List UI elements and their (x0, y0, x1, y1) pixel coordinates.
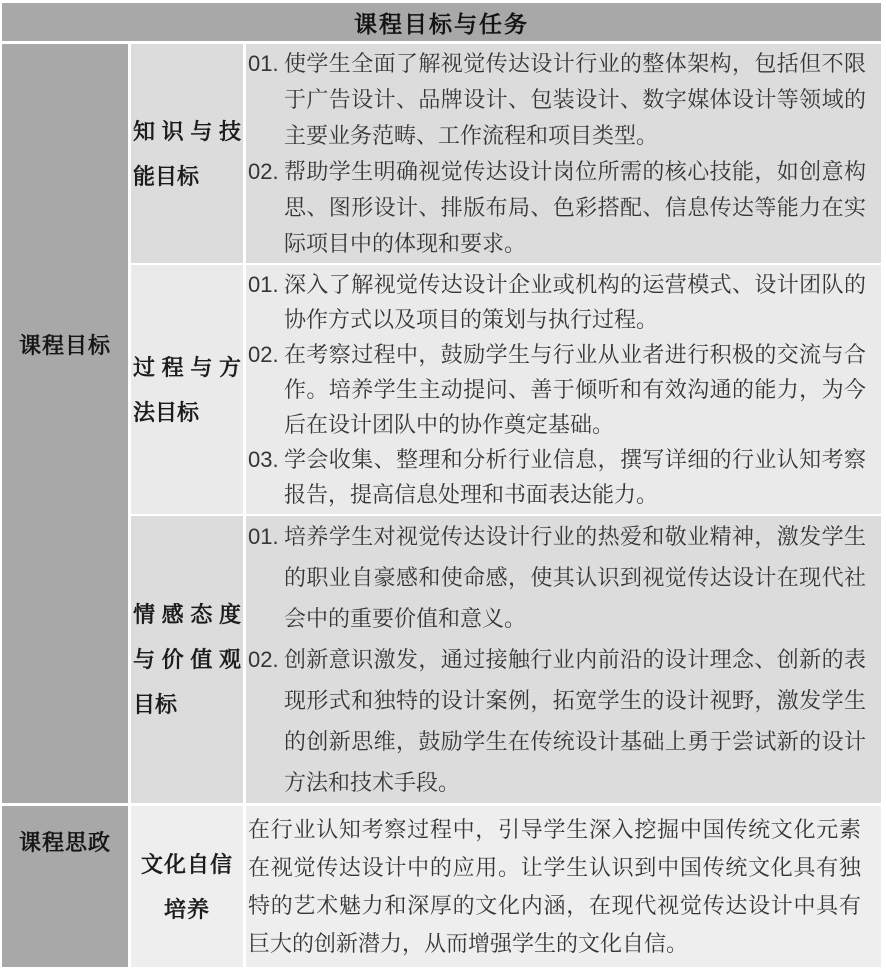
item-text: 学会收集、整理和分析行业信息，撰写详细的行业认知考察报告，提高信息处理和书面表达… (284, 447, 866, 507)
category-char: 感 (162, 592, 184, 637)
category-label-line: 法目标 (133, 390, 241, 435)
table-row: 过程与方法目标01.深入了解视觉传达设计企业或机构的运营模式、设计团队的协作方式… (131, 265, 881, 514)
item-number: 02. (248, 154, 279, 190)
item-text: 在行业认知考察过程中，引导学生深入挖掘中国传统文化元素在视觉传达设计中的应用。让… (248, 817, 861, 956)
item-number: 02. (248, 337, 279, 372)
category-label-line: 情感态度 (133, 592, 241, 637)
category-char: 方 (219, 345, 241, 390)
category-char: 与 (190, 345, 212, 390)
category-label-line: 与价值观 (133, 637, 241, 682)
item-number: 01. (248, 516, 279, 557)
row-content: 在行业认知考察过程中，引导学生深入挖掘中国传统文化元素在视觉传达设计中的应用。让… (246, 806, 881, 967)
category-char: 程 (162, 345, 184, 390)
objective-item: 03.学会收集、整理和分析行业信息，撰写详细的行业认知考察报告，提高信息处理和书… (248, 442, 866, 512)
table-title: 课程目标与任务 (2, 3, 881, 41)
group-label-course-ideology: 课程思政 (19, 826, 111, 857)
category-label-line: 培养 (133, 887, 241, 932)
group-cell-course-goals: 课程目标 (2, 44, 128, 803)
group-cell-course-ideology: 课程思政 (2, 806, 128, 967)
objective-item: 01.培养学生对视觉传达设计行业的热爱和敬业精神，激发学生的职业自豪感和使命感，… (248, 516, 866, 639)
category-char: 技 (219, 109, 241, 154)
group-label-course-goals: 课程目标 (19, 329, 111, 360)
item-number: 03. (248, 442, 279, 477)
group-column: 课程目标 课程思政 (2, 44, 128, 967)
objective-item: 01.深入了解视觉传达设计企业或机构的运营模式、设计团队的协作方式以及项目的策划… (248, 267, 866, 337)
item-text: 深入了解视觉传达设计企业或机构的运营模式、设计团队的协作方式以及项目的策划与执行… (284, 272, 866, 332)
category-char: 度 (219, 592, 241, 637)
row-content: 01.使学生全面了解视觉传达设计行业的整体架构，包括但不限于广告设计、品牌设计、… (246, 44, 881, 263)
item-number: 01. (248, 267, 279, 302)
category-char: 价 (162, 637, 184, 682)
objective-item: 02.帮助学生明确视觉传达设计岗位所需的核心技能，如创意构思、图形设计、排版布局… (248, 154, 866, 262)
category-char: 值 (190, 637, 212, 682)
rows-container: 知识与技能目标01.使学生全面了解视觉传达设计行业的整体架构，包括但不限于广告设… (131, 44, 881, 967)
table-row: 情感态度与价值观目标01.培养学生对视觉传达设计行业的热爱和敬业精神，激发学生的… (131, 516, 881, 803)
objective-item: 在行业认知考察过程中，引导学生深入挖掘中国传统文化元素在视觉传达设计中的应用。让… (248, 811, 861, 963)
category-label-line: 目标 (133, 682, 241, 727)
objective-item: 02.在考察过程中，鼓励学生与行业从业者进行积极的交流与合作。培养学生主动提问、… (248, 337, 866, 442)
table-body: 课程目标 课程思政 知识与技能目标01.使学生全面了解视觉传达设计行业的整体架构… (2, 44, 881, 967)
item-number: 02. (248, 639, 279, 680)
category-char: 知 (133, 109, 155, 154)
category-char: 态 (190, 592, 212, 637)
category-label-line: 过程与方 (133, 345, 241, 390)
item-text: 培养学生对视觉传达设计行业的热爱和敬业精神，激发学生的职业自豪感和使命感，使其认… (284, 524, 866, 631)
category-char: 与 (190, 109, 212, 154)
category-char: 过 (133, 345, 155, 390)
category-label-line: 能目标 (133, 154, 241, 199)
category-cell: 情感态度与价值观目标 (131, 516, 243, 803)
item-text: 在考察过程中，鼓励学生与行业从业者进行积极的交流与合作。培养学生主动提问、善于倾… (284, 342, 866, 437)
category-char: 识 (162, 109, 184, 154)
row-content: 01.培养学生对视觉传达设计行业的热爱和敬业精神，激发学生的职业自豪感和使命感，… (246, 516, 881, 803)
item-text: 帮助学生明确视觉传达设计岗位所需的核心技能，如创意构思、图形设计、排版布局、色彩… (284, 159, 866, 256)
table-row: 文化自信培养在行业认知考察过程中，引导学生深入挖掘中国传统文化元素在视觉传达设计… (131, 806, 881, 967)
category-cell: 文化自信培养 (131, 806, 243, 967)
item-text: 使学生全面了解视觉传达设计行业的整体架构，包括但不限于广告设计、品牌设计、包装设… (284, 51, 866, 148)
row-content: 01.深入了解视觉传达设计企业或机构的运营模式、设计团队的协作方式以及项目的策划… (246, 265, 881, 514)
category-char: 情 (133, 592, 155, 637)
item-number: 01. (248, 46, 279, 82)
category-cell: 过程与方法目标 (131, 265, 243, 514)
category-char: 观 (219, 637, 241, 682)
course-objectives-table: 课程目标与任务 课程目标 课程思政 知识与技能目标01.使学生全面了解视觉传达设… (2, 3, 881, 967)
category-char: 与 (133, 637, 155, 682)
category-label-line: 知识与技 (133, 109, 241, 154)
table-row: 知识与技能目标01.使学生全面了解视觉传达设计行业的整体架构，包括但不限于广告设… (131, 44, 881, 263)
category-cell: 知识与技能目标 (131, 44, 243, 263)
item-text: 创新意识激发，通过接触行业内前沿的设计理念、创新的表现形式和独特的设计案例，拓宽… (284, 647, 866, 795)
objective-item: 02.创新意识激发，通过接触行业内前沿的设计理念、创新的表现形式和独特的设计案例… (248, 639, 866, 803)
category-label-line: 文化自信 (133, 842, 241, 887)
objective-item: 01.使学生全面了解视觉传达设计行业的整体架构，包括但不限于广告设计、品牌设计、… (248, 46, 866, 154)
